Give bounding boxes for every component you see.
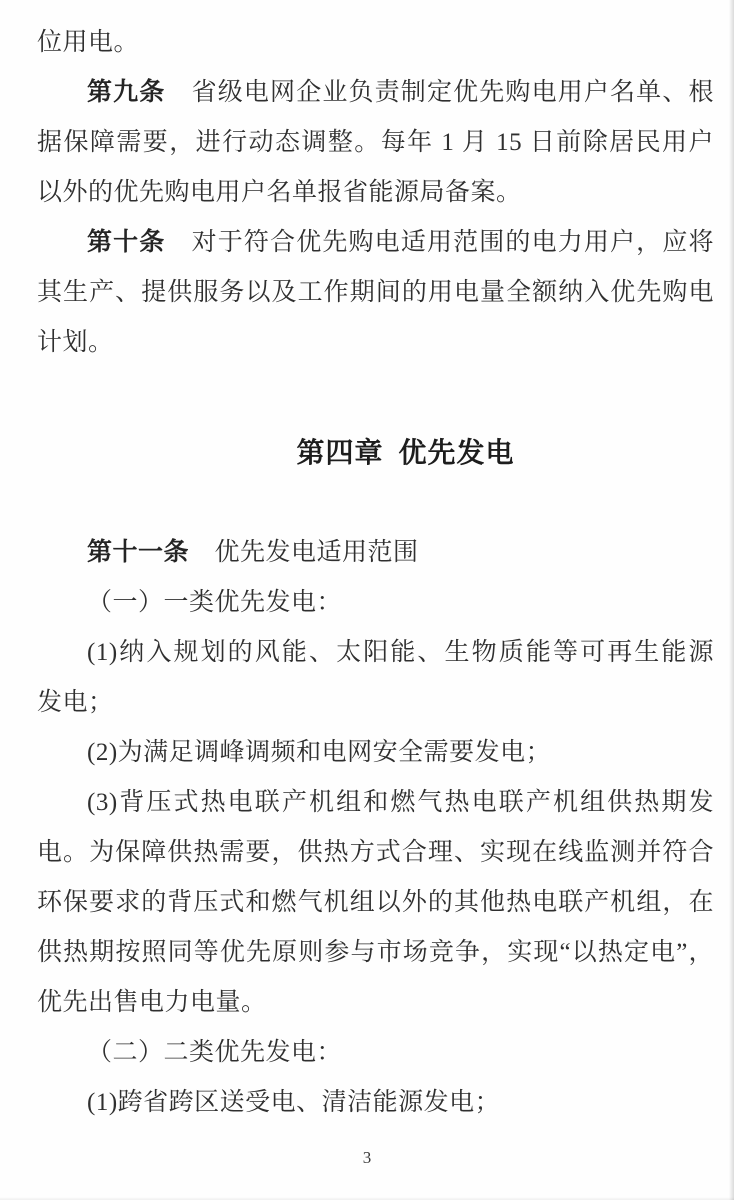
text-segment: 对于符合优先购电适用范围的电力用户，应将 [165,229,714,256]
text-segment: 优先出售电力电量。 [37,989,267,1016]
paragraph-continuation: 位用电。 [37,18,714,68]
text-line: 电。为保障供热需要，供热方式合理、实现在线监测并符合 [37,828,714,878]
text-segment: 省级电网企业负责制定优先购电用户名单、根 [165,79,714,106]
text-line: (2)为满足调峰调频和电网安全需要发电； [37,728,714,778]
article-10: 第十条 对于符合优先购电适用范围的电力用户，应将其生产、提供服务以及工作期间的用… [37,218,714,368]
text-line: 计划。 [37,318,714,368]
text-line: 发电； [37,678,714,728]
text-line: 以外的优先购电用户名单报省能源局备案。 [37,168,714,218]
text-line: 其生产、提供服务以及工作期间的用电量全额纳入优先购电 [37,268,714,318]
page-number: 3 [0,1148,734,1168]
text-segment: （一）一类优先发电： [87,589,342,616]
chapter-4-heading: 第四章 优先发电 [67,428,734,478]
text-line: 第十条 对于符合优先购电适用范围的电力用户，应将 [37,218,714,268]
article-number-lead: 第九条 [87,79,165,106]
text-segment: 发电； [37,689,114,716]
class-1-item-1: (1)纳入规划的风能、太阳能、生物质能等可再生能源发电； [37,628,714,728]
article-9: 第九条 省级电网企业负责制定优先购电用户名单、根据保障需要，进行动态调整。每年 … [37,68,714,218]
text-segment: 以外的优先购电用户名单报省能源局备案。 [37,179,522,206]
text-line: 据保障需要，进行动态调整。每年 1 月 15 日前除居民用户 [37,118,714,168]
document-body: 位用电。第九条 省级电网企业负责制定优先购电用户名单、根据保障需要，进行动态调整… [0,0,734,1128]
text-segment: 计划。 [37,329,114,356]
text-segment: （二）二类优先发电： [87,1039,342,1066]
text-segment: (3)背压式热电联产机组和燃气热电联产机组供热期发 [87,789,714,816]
text-segment: 供热期按照同等优先原则参与市场竞争，实现“以热定电”， [37,939,714,966]
text-line: 环保要求的背压式和燃气机组以外的其他热电联产机组，在 [37,878,714,928]
text-segment: (2)为满足调峰调频和电网安全需要发电； [87,739,551,766]
text-line: (1)纳入规划的风能、太阳能、生物质能等可再生能源 [37,628,714,678]
class-1-item-2: (2)为满足调峰调频和电网安全需要发电； [37,728,714,778]
text-line: 优先出售电力电量。 [37,978,714,1028]
article-11: 第十一条 优先发电适用范围 [37,528,714,578]
text-line: (1)跨省跨区送受电、清洁能源发电； [37,1078,714,1128]
text-line: 第九条 省级电网企业负责制定优先购电用户名单、根 [37,68,714,118]
text-segment: 据保障需要，进行动态调整。每年 1 月 15 日前除居民用户 [37,129,714,156]
text-segment: 其生产、提供服务以及工作期间的用电量全额纳入优先购电 [37,279,714,306]
class-1-item-3: (3)背压式热电联产机组和燃气热电联产机组供热期发电。为保障供热需要，供热方式合… [37,778,714,1028]
article-number-lead: 第十一条 [87,539,189,566]
text-segment: 环保要求的背压式和燃气机组以外的其他热电联产机组，在 [37,889,714,916]
text-segment: 位用电。 [37,29,139,56]
document-page: 位用电。第九条 省级电网企业负责制定优先购电用户名单、根据保障需要，进行动态调整… [0,0,734,1200]
text-line: （一）一类优先发电： [37,578,714,628]
text-segment: 优先发电适用范围 [189,539,419,566]
text-line: 供热期按照同等优先原则参与市场竞争，实现“以热定电”， [37,928,714,978]
text-line: 位用电。 [37,18,714,68]
text-line: （二）二类优先发电： [37,1028,714,1078]
text-line: (3)背压式热电联产机组和燃气热电联产机组供热期发 [37,778,714,828]
text-segment: (1)跨省跨区送受电、清洁能源发电； [87,1089,500,1116]
text-segment: (1)纳入规划的风能、太阳能、生物质能等可再生能源 [87,639,714,666]
class-2-item-1: (1)跨省跨区送受电、清洁能源发电； [37,1078,714,1128]
article-number-lead: 第十条 [87,229,165,256]
class-2-label: （二）二类优先发电： [37,1028,714,1078]
text-segment: 电。为保障供热需要，供热方式合理、实现在线监测并符合 [37,839,714,866]
text-line: 第十一条 优先发电适用范围 [37,528,714,578]
class-1-label: （一）一类优先发电： [37,578,714,628]
